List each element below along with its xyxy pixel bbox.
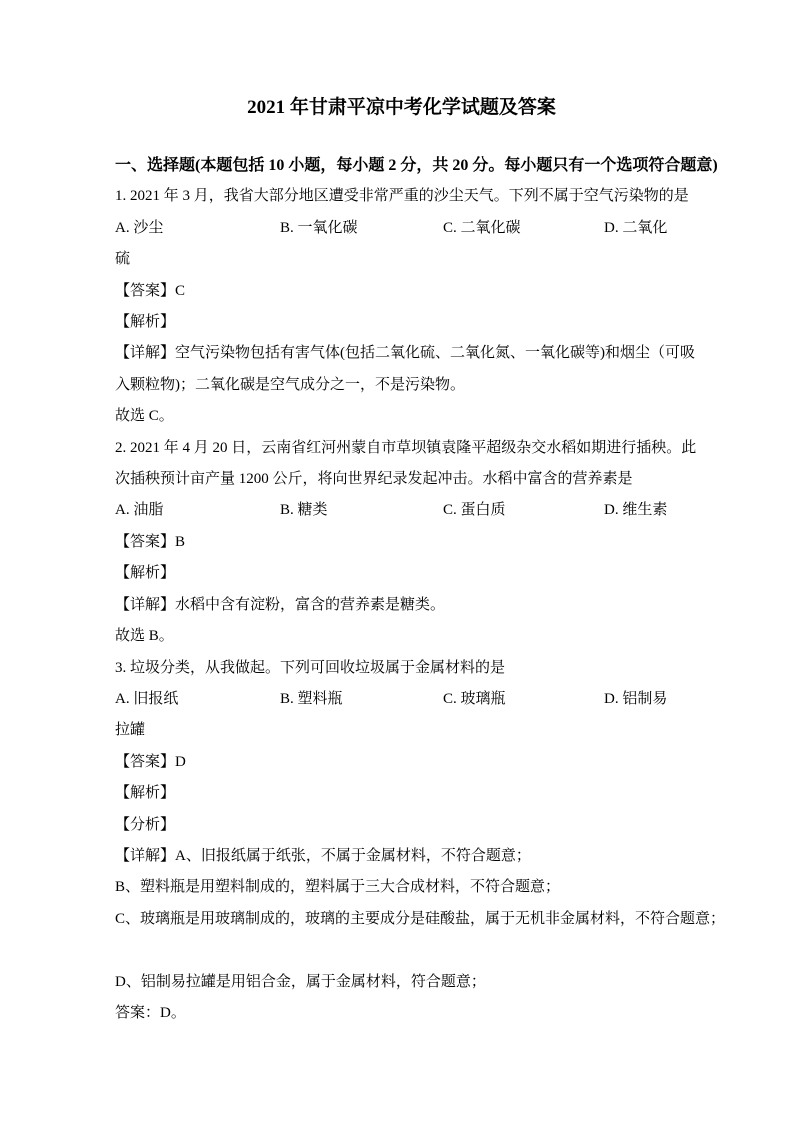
detail-line: 【详解】A、旧报纸属于纸张，不属于金属材料，不符合题意；	[115, 841, 688, 872]
answer-line: 【答案】B	[115, 527, 688, 558]
question-stem-line: 3. 垃圾分类，从我做起。下列可回收垃圾属于金属材料的是	[115, 653, 688, 684]
conclusion-line: 故选 C。	[115, 401, 688, 432]
option-c: C. 玻璃瓶	[443, 684, 604, 715]
option-a: A. 油脂	[115, 495, 280, 526]
conclusion-line: 故选 B。	[115, 621, 688, 652]
detail-line: 【详解】水稻中含有淀粉，富含的营养素是糖类。	[115, 590, 688, 621]
question-stem-line: 次插秧预计亩产量 1200 公斤，将向世界纪录发起冲击。水稻中富含的营养素是	[115, 464, 688, 495]
option-c: C. 二氧化碳	[443, 213, 604, 244]
option-b: B. 一氧化碳	[280, 213, 443, 244]
detail-line: C、玻璃瓶是用玻璃制成的，玻璃的主要成分是硅酸盐，属于无机非金属材料，不符合题意…	[115, 904, 688, 935]
option-d: D. 铝制易	[604, 684, 688, 715]
detail-line: D、铝制易拉罐是用铝合金，属于金属材料，符合题意；	[115, 967, 688, 998]
detail-line: B、塑料瓶是用塑料制成的，塑料属于三大合成材料，不符合题意；	[115, 872, 688, 903]
explanation-line: 【解析】	[115, 778, 688, 809]
option-b: B. 糖类	[280, 495, 443, 526]
doc-title: 2021 年甘肃平凉中考化学试题及答案	[115, 93, 688, 123]
detail-line: 入颗粒物)；二氧化碳是空气成分之一，不是污染物。	[115, 370, 688, 401]
section-heading: 一、选择题(本题包括 10 小题，每小题 2 分，共 20 分。每小题只有一个选…	[115, 150, 688, 181]
option-a: A. 沙尘	[115, 213, 280, 244]
explanation-line: 【解析】	[115, 558, 688, 589]
options-row: A. 沙尘 B. 一氧化碳 C. 二氧化碳 D. 二氧化	[115, 213, 688, 244]
option-d-wrap-line: 硫	[115, 244, 688, 275]
answer-line: 【答案】D	[115, 747, 688, 778]
question-1: 1. 2021 年 3 月，我省大部分地区遭受非常严重的沙尘天气。下列不属于空气…	[115, 181, 688, 432]
option-a: A. 旧报纸	[115, 684, 280, 715]
detail-line: 【详解】空气污染物包括有害气体(包括二氧化硫、二氧化氮、一氧化碳等)和烟尘（可吸	[115, 338, 688, 369]
option-c: C. 蛋白质	[443, 495, 604, 526]
option-d: D. 维生素	[604, 495, 688, 526]
document-page: 2021 年甘肃平凉中考化学试题及答案 一、选择题(本题包括 10 小题，每小题…	[0, 0, 794, 1123]
question-3: 3. 垃圾分类，从我做起。下列可回收垃圾属于金属材料的是 A. 旧报纸 B. 塑…	[115, 653, 688, 1030]
option-d-wrap-line: 拉罐	[115, 715, 688, 746]
question-stem-line: 1. 2021 年 3 月，我省大部分地区遭受非常严重的沙尘天气。下列不属于空气…	[115, 181, 688, 212]
final-answer-line: 答案：D。	[115, 998, 688, 1029]
explanation-line: 【解析】	[115, 307, 688, 338]
options-row: A. 油脂 B. 糖类 C. 蛋白质 D. 维生素	[115, 495, 688, 526]
answer-line: 【答案】C	[115, 276, 688, 307]
option-b: B. 塑料瓶	[280, 684, 443, 715]
question-stem-line: 2. 2021 年 4 月 20 日，云南省红河州蒙自市草坝镇袁隆平超级杂交水稻…	[115, 433, 688, 464]
options-row: A. 旧报纸 B. 塑料瓶 C. 玻璃瓶 D. 铝制易	[115, 684, 688, 715]
option-d: D. 二氧化	[604, 213, 688, 244]
analysis-line: 【分析】	[115, 810, 688, 841]
question-2: 2. 2021 年 4 月 20 日，云南省红河州蒙自市草坝镇袁隆平超级杂交水稻…	[115, 433, 688, 653]
